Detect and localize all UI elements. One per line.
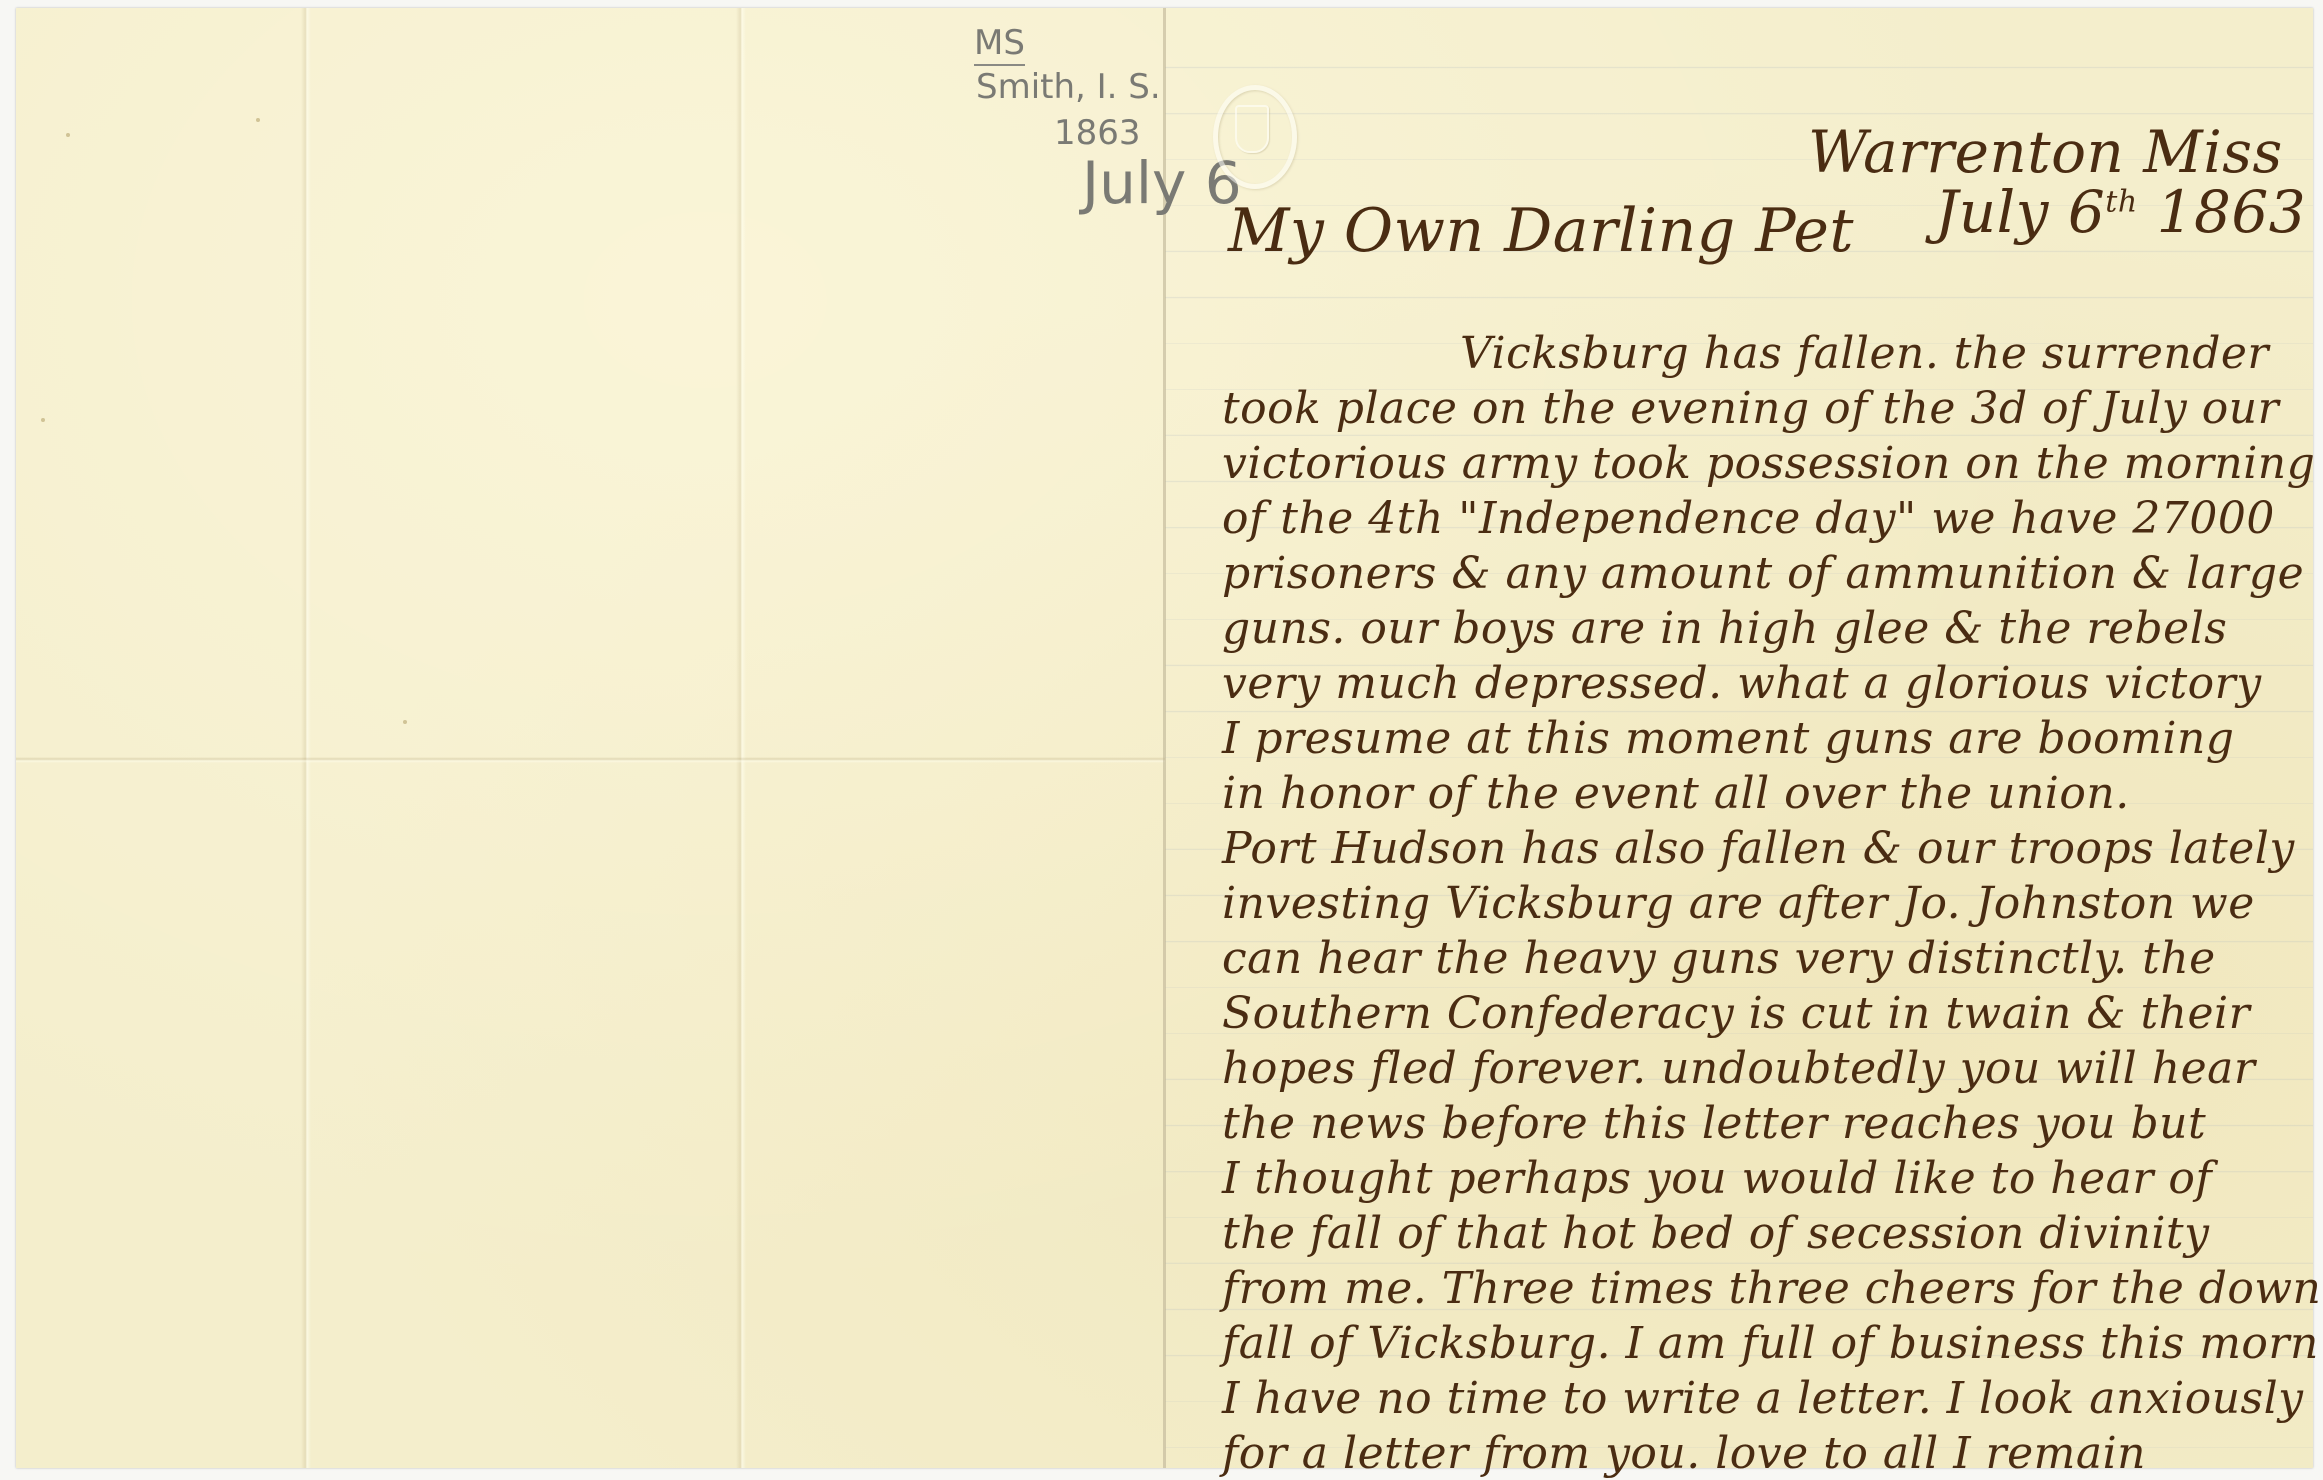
page-center-fold [1163, 8, 1166, 1468]
body-line: very much depressed. what a glorious vic… [1222, 658, 2302, 709]
body-line: hopes fled forever. undoubtedly you will… [1222, 1043, 2302, 1094]
letter-date: July 6th 1863 [1935, 178, 2306, 246]
body-line: investing Vicksburg are after Jo. Johnst… [1222, 878, 2302, 929]
body-line: prisoners & any amount of ammunition & l… [1222, 548, 2302, 599]
letter-date-year: 1863 [2157, 178, 2307, 246]
body-line: of the 4th "Independence day" we have 27… [1222, 493, 2302, 544]
body-line: from me. Three times three cheers for th… [1222, 1263, 2302, 1314]
archival-collection-note: MS [974, 26, 1025, 66]
body-line: Vicksburg has fallen. the surrender [1460, 328, 2300, 379]
embossed-shield-icon [1235, 105, 1269, 153]
body-line: the fall of that hot bed of secession di… [1222, 1208, 2302, 1259]
letter-place: Warrenton Miss [1808, 118, 2283, 186]
body-line: for a letter from you. love to all I rem… [1222, 1428, 2302, 1479]
vertical-fold-line [301, 8, 311, 1468]
body-line: can hear the heavy guns very distinctly.… [1222, 933, 2302, 984]
body-line: I presume at this moment guns are boomin… [1222, 713, 2302, 764]
salutation: My Own Darling Pet [1228, 196, 1854, 266]
body-line: victorious army took possession on the m… [1222, 438, 2302, 489]
left-page-blank [16, 8, 1165, 1468]
paper-stain [66, 133, 70, 137]
body-line: fall of Vicksburg. I am full of business… [1222, 1318, 2302, 1369]
body-line: Southern Confederacy is cut in twain & t… [1222, 988, 2302, 1039]
vertical-fold-line [736, 8, 746, 1468]
paper-stain [41, 418, 45, 422]
body-line: the news before this letter reaches you … [1222, 1098, 2302, 1149]
body-line: I have no time to write a letter. I look… [1222, 1373, 2302, 1424]
paper-stain [403, 720, 407, 724]
body-line: guns. our boys are in high glee & the re… [1222, 603, 2302, 654]
letter-date-main: July 6 [1935, 178, 2105, 246]
horizontal-fold-line [16, 757, 1165, 763]
body-line: Port Hudson has also fallen & our troops… [1222, 823, 2302, 874]
archival-name-note: Smith, I. S. [976, 70, 1161, 104]
archival-year-note: 1863 [1054, 116, 1141, 150]
body-line: I thought perhaps you would like to hear… [1222, 1153, 2302, 1204]
body-line: in honor of the event all over the union… [1222, 768, 2302, 819]
letter-date-suffix: th [2105, 185, 2137, 220]
paper-stain [256, 118, 260, 122]
body-line: took place on the evening of the 3d of J… [1222, 383, 2302, 434]
